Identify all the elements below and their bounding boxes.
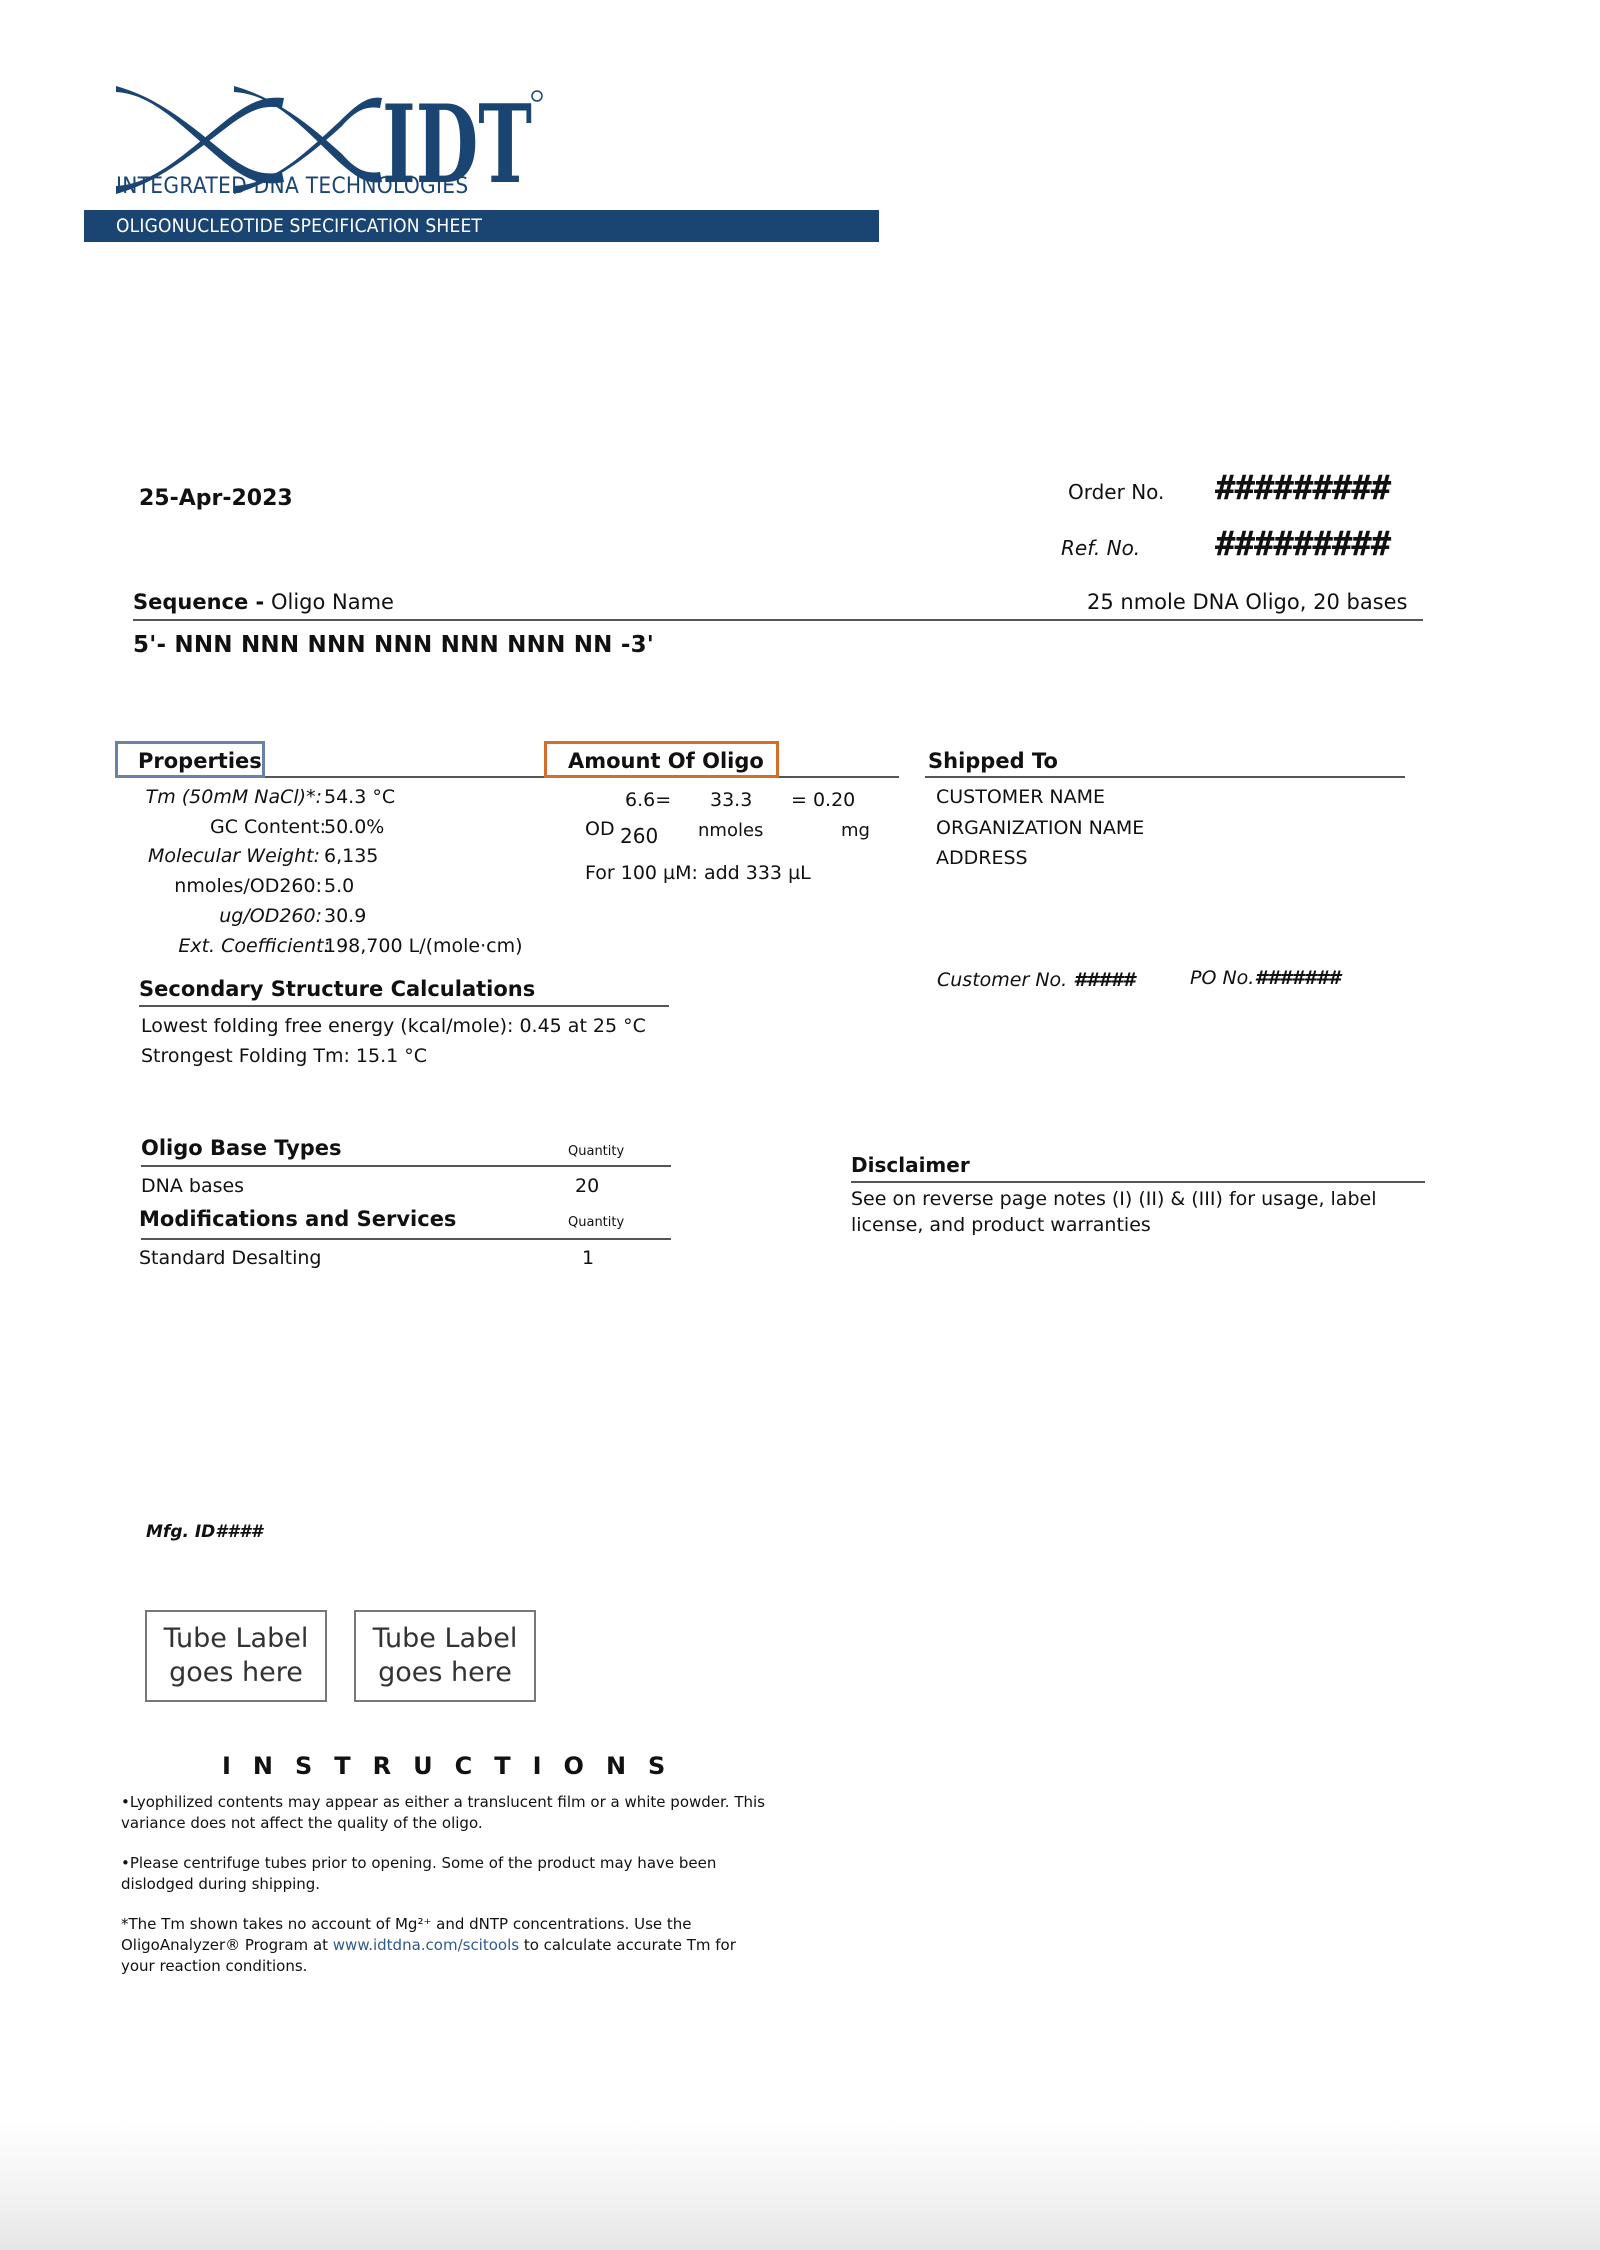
modification-quantity: 1 [582,1247,594,1269]
scitools-link[interactable]: www.idtdna.com/scitools [333,1936,519,1954]
company-name: INTEGRATED DNA TECHNOLOGIES [116,174,468,199]
divider [141,1238,671,1240]
secondary-structure-title: Secondary Structure Calculations [139,977,535,1001]
property-label: Tm (50mM NaCl)*: [146,786,322,808]
ref-number-label: Ref. No. [1061,536,1140,560]
property-value: 54.3 °C [324,786,395,808]
property-value: 6,135 [324,845,378,867]
address: ADDRESS [936,847,1028,869]
customer-number: Customer No. ##### [937,969,1134,991]
shipped-to-title: Shipped To [928,749,1058,773]
property-value: 5.0 [324,875,354,897]
divider [133,619,1423,621]
mfg-id: Mfg. ID#### [146,1522,263,1542]
mg-unit: mg [841,820,870,841]
divider [141,1165,671,1167]
properties-title: Properties [138,749,262,773]
od-subscript: 260 [620,824,658,848]
instruction-item: •Lyophilized contents may appear as eith… [121,1792,771,1834]
od-value: 6.6= [625,789,671,811]
product-description: 25 nmole DNA Oligo, 20 bases [1087,590,1408,614]
strongest-folding-tm: Strongest Folding Tm: 15.1 °C [141,1045,427,1067]
ref-number: ######### [1215,524,1390,564]
banner-title: OLIGONUCLEOTIDE SPECIFICATION SHEET [116,215,482,237]
divider [139,1005,669,1007]
property-label: Molecular Weight: [148,845,320,867]
base-types-title: Oligo Base Types [141,1136,342,1160]
property-label: GC Content: [210,816,326,838]
sequence-label: Sequence - [133,590,264,614]
property-label: ug/OD260: [219,905,322,927]
nmoles-unit: nmoles [698,820,763,841]
tube-label-placeholder: Tube Label goes here [354,1610,536,1702]
resuspension-instruction: For 100 µM: add 333 µL [585,862,811,884]
base-type-quantity: 20 [575,1175,599,1197]
order-number: ######### [1215,468,1390,508]
property-value: 198,700 L/(mole·cm) [324,935,523,957]
property-label: Ext. Coefficient: [178,935,330,957]
base-type-name: DNA bases [141,1175,244,1197]
instruction-item: •Please centrifuge tubes prior to openin… [121,1853,771,1895]
order-number-label: Order No. [1068,480,1164,504]
customer-number-value: ##### [1073,969,1134,991]
disclaimer-title: Disclaimer [851,1153,970,1177]
po-number: PO No.####### [1190,967,1340,989]
divider [779,776,899,778]
property-value: 50.0% [324,816,384,838]
divider [265,776,545,778]
od-unit: OD [585,818,615,840]
nmoles-value: 33.3 [710,789,752,811]
customer-name: CUSTOMER NAME [936,786,1105,808]
sequence-header: Sequence - Oligo Name [133,590,394,614]
lowest-folding-free-energy: Lowest folding free energy (kcal/mole): … [141,1015,646,1037]
disclaimer-text: See on reverse page notes (I) (II) & (II… [851,1186,1431,1238]
po-number-label: PO No. [1190,967,1254,989]
property-value: 30.9 [324,905,366,927]
spec-sheet-banner: OLIGONUCLEOTIDE SPECIFICATION SHEET [84,210,879,242]
instructions-title: INSTRUCTIONS [222,1752,687,1780]
modifications-title: Modifications and Services [139,1207,456,1231]
base-types-quantity-header: Quantity [568,1144,624,1159]
tm-note: *The Tm shown takes no account of Mg²⁺ a… [121,1914,771,1977]
mg-value: = 0.20 [791,789,855,811]
order-date: 25-Apr-2023 [139,486,293,511]
po-number-value: ####### [1254,967,1340,989]
divider [925,776,1405,778]
modifications-quantity-header: Quantity [568,1215,624,1230]
oligo-sequence: 5'- NNN NNN NNN NNN NNN NNN NN -3' [133,632,654,658]
modification-name: Standard Desalting [139,1247,321,1269]
tube-label-placeholder: Tube Label goes here [145,1610,327,1702]
divider [851,1181,1425,1183]
customer-number-label: Customer No. [937,969,1067,991]
organization-name: ORGANIZATION NAME [936,817,1144,839]
oligo-name: Oligo Name [271,590,394,614]
amount-title: Amount Of Oligo [568,749,764,773]
property-label: nmoles/OD260: [174,875,322,897]
